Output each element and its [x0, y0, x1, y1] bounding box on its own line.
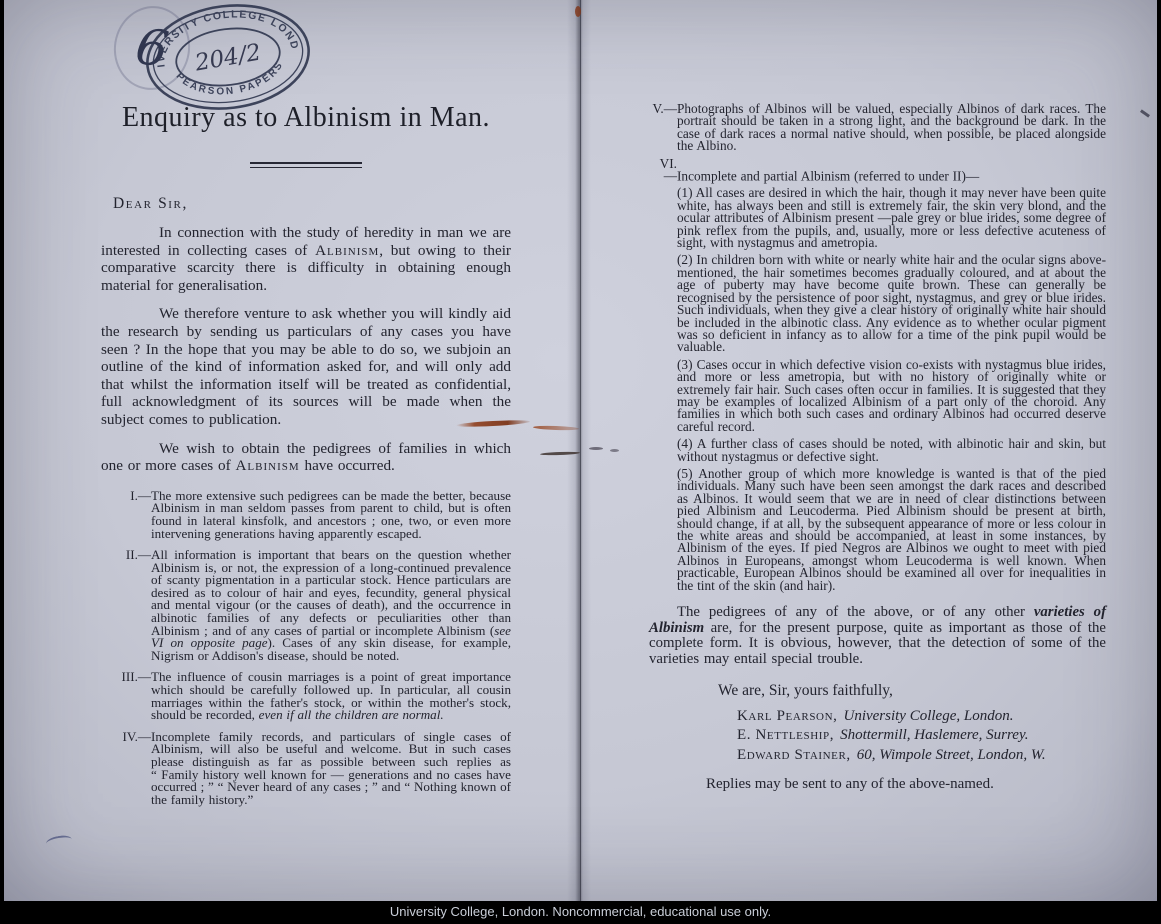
intro-paragraph: In connection with the study of heredity… — [101, 224, 511, 294]
salutation: Dear Sir, — [101, 195, 511, 213]
center-fold — [567, 0, 591, 901]
vi-subitem-4: (4) A further class of cases should be n… — [677, 438, 1106, 463]
signature-address: Shottermill, Haslemere, Surrey. — [840, 727, 1028, 743]
scanned-document: 6 UNIVERSITY COLLEGE LONDON PEARSON PAPE… — [0, 0, 1161, 924]
signature-name: Edward Stainer, — [737, 747, 851, 763]
signature-line: Karl Pearson,University College, London. — [737, 707, 1106, 727]
pen-dash-mark — [610, 449, 619, 452]
right-page: V.—Photographs of Albinos will be valued… — [649, 98, 1106, 793]
paper-spread: 6 UNIVERSITY COLLEGE LONDON PEARSON PAPE… — [4, 0, 1157, 901]
rust-speck — [575, 6, 581, 17]
item-iv: IV.—Incomplete family records, and parti… — [101, 731, 511, 807]
handwritten-catalog-number: 204/2 — [192, 39, 263, 76]
footer-caption: University College, London. Noncommercia… — [390, 904, 771, 919]
left-page: Enquiry as to Albinism in Man. Dear Sir,… — [101, 102, 511, 806]
pen-mark — [45, 834, 73, 849]
pen-dash-mark — [589, 447, 603, 450]
signature-address: 60, Wimpole Street, London, W. — [857, 747, 1046, 763]
item-iii: III.—The influence of cousin marriages i… — [101, 671, 511, 721]
signature-address: University College, London. — [843, 708, 1013, 724]
item-vi: VI.—Incomplete and partial Albinism (ref… — [649, 158, 1106, 592]
signature-name: E. Nettleship, — [737, 727, 834, 743]
vi-subitem-1: (1) All cases are desired in which the h… — [677, 187, 1106, 249]
signature-line: Edward Stainer,60, Wimpole Street, Londo… — [737, 746, 1106, 766]
numbered-items: I.—The more extensive such pedigrees can… — [101, 490, 511, 807]
pedigree-paragraph: We wish to obtain the pedigrees of famil… — [101, 440, 511, 475]
request-paragraph: We therefore venture to ask whether you … — [101, 305, 511, 428]
vi-subitem-3: (3) Cases occur in which defective visio… — [677, 359, 1106, 433]
signature-line: E. Nettleship,Shottermill, Haslemere, Su… — [737, 726, 1106, 746]
replies-note: Replies may be sent to any of the above-… — [649, 776, 1106, 793]
signature-name: Karl Pearson, — [737, 708, 837, 724]
footer-caption-bar: University College, London. Noncommercia… — [0, 901, 1161, 924]
stamp-oval-icon: UNIVERSITY COLLEGE LONDON PEARSON PAPERS… — [136, 0, 320, 122]
vi-subitem-2: (2) In children born with white or nearl… — [677, 254, 1106, 353]
signatures: Karl Pearson,University College, London.… — [649, 707, 1106, 766]
closing-paragraph: The pedigrees of any of the above, or of… — [649, 605, 1106, 667]
item-i: I.—The more extensive such pedigrees can… — [101, 490, 511, 540]
valediction: We are, Sir, yours faithfully, — [649, 682, 1106, 700]
title-rule — [250, 162, 362, 168]
pen-tick-mark — [1140, 109, 1150, 117]
item-ii: II.—All information is important that be… — [101, 549, 511, 662]
library-stamp: UNIVERSITY COLLEGE LONDON PEARSON PAPERS… — [136, 0, 320, 122]
item-v: V.—Photographs of Albinos will be valued… — [649, 103, 1106, 153]
vi-subitem-5: (5) Another group of which more knowledg… — [677, 468, 1106, 592]
